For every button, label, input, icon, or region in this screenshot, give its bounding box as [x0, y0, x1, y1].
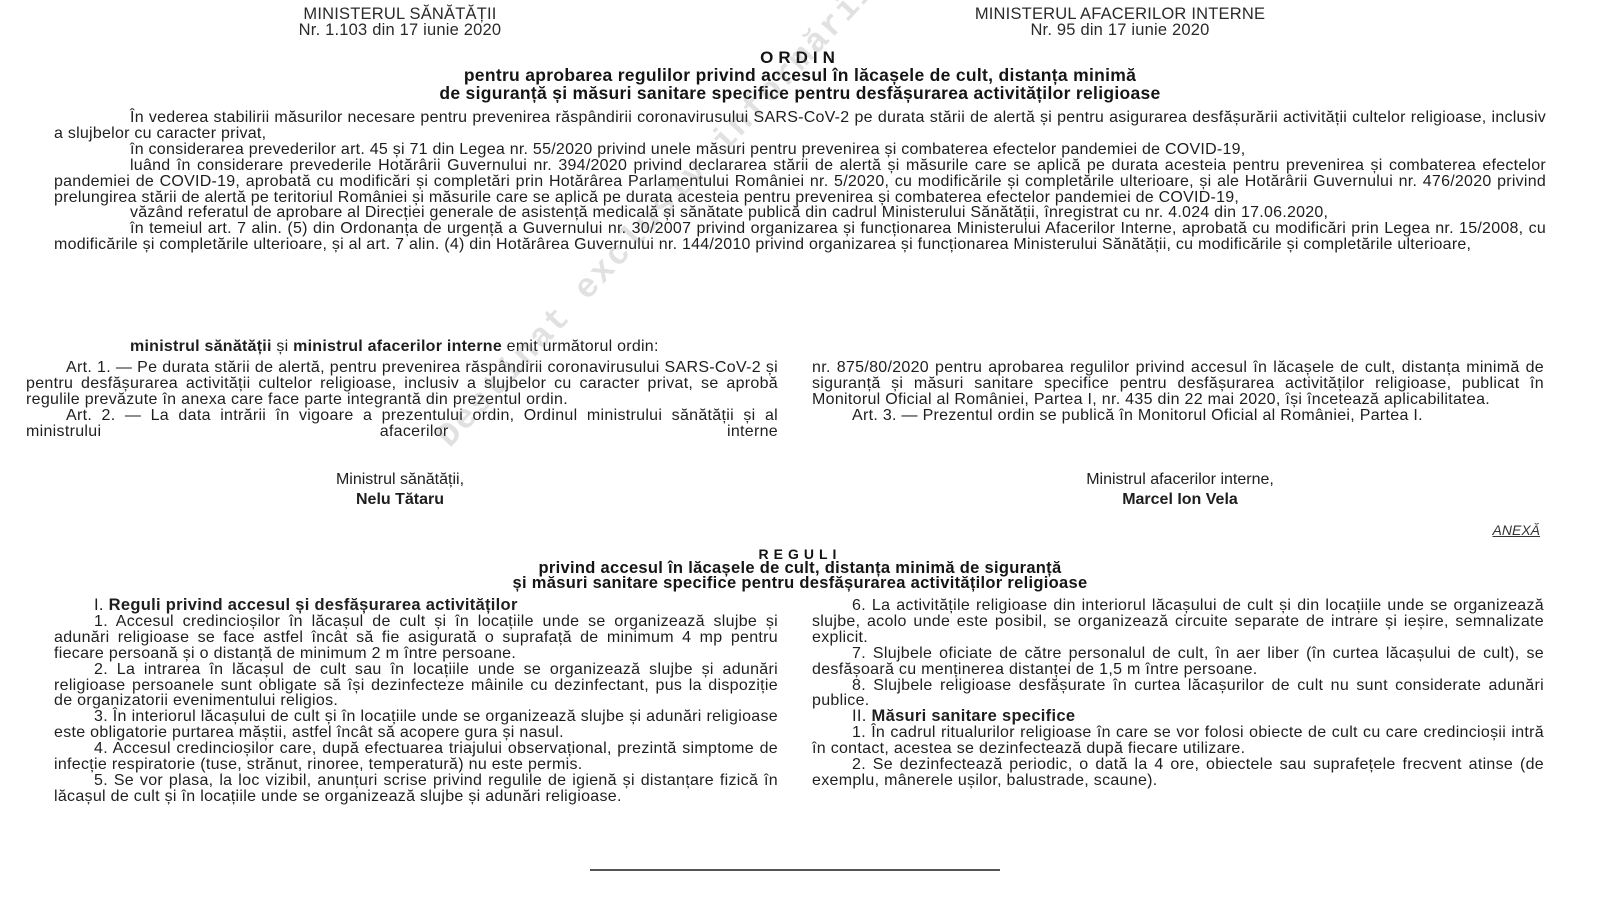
rules-right-column: 6. La activitățile religioase din interi… [812, 598, 1544, 789]
enacting-minister-1: ministrul sănătății [130, 338, 272, 355]
preamble-paragraph: În vederea stabilirii măsurilor necesare… [54, 110, 1546, 142]
rules-left-column: I. Reguli privind accesul și desfășurare… [54, 598, 778, 805]
preamble-paragraph: în considerarea prevederilor art. 45 și … [54, 142, 1546, 158]
header-left: MINISTERUL SĂNĂTĂȚII Nr. 1.103 din 17 iu… [180, 6, 620, 38]
order-subtitle: pentru aprobarea regulilor privind acces… [0, 66, 1600, 102]
rule-item: 8. Slujbele religioase desfășurate în cu… [812, 678, 1544, 710]
header-right: MINISTERUL AFACERILOR INTERNE Nr. 95 din… [880, 6, 1360, 38]
enacting-and: și [272, 338, 293, 355]
annex-subtitle: privind accesul în lăcașele de cult, dis… [0, 561, 1600, 591]
enacting-minister-2: ministrul afacerilor interne [293, 338, 502, 355]
signature-name: Marcel Ion Vela [980, 490, 1380, 510]
order-number-health: Nr. 1.103 din 17 iunie 2020 [180, 22, 620, 38]
footer-divider [590, 869, 1000, 871]
section-2-number: II. [852, 707, 872, 725]
sanitary-item: 1. În cadrul ritualurilor religioase în … [812, 725, 1544, 757]
article-2-continuation: nr. 875/80/2020 pentru aprobarea regulil… [812, 360, 1544, 408]
signature-role: Ministrul sănătății, [200, 470, 600, 490]
order-subtitle-line2: de siguranță și măsuri sanitare specific… [0, 84, 1600, 102]
article-1: Art. 1. — Pe durata stării de alertă, pe… [26, 360, 778, 408]
rule-item: 3. În interiorul lăcașului de cult și în… [54, 709, 778, 741]
rule-item: 7. Slujbele oficiate de către personalul… [812, 646, 1544, 678]
signature-interior-minister: Ministrul afacerilor interne, Marcel Ion… [980, 470, 1380, 510]
signature-role: Ministrul afacerilor interne, [980, 470, 1380, 490]
rule-item: 6. La activitățile religioase din interi… [812, 598, 1544, 646]
preamble-paragraph: luând în considerare prevederile Hotărâr… [54, 158, 1546, 206]
annex-label: ANEXĂ [1493, 522, 1540, 538]
ministry-interior: MINISTERUL AFACERILOR INTERNE [880, 6, 1360, 22]
rule-item: 1. Accesul credincioșilor în lăcașul de … [54, 614, 778, 662]
rule-item: 4. Accesul credincioșilor care, după efe… [54, 741, 778, 773]
order-number-interior: Nr. 95 din 17 iunie 2020 [880, 22, 1360, 38]
preamble-paragraph: în temeiul art. 7 alin. (5) din Ordonanț… [54, 221, 1546, 253]
rule-item: 5. Se vor plasa, la loc vizibil, anunțur… [54, 773, 778, 805]
section-1-number: I. [94, 596, 109, 614]
enacting-rest: emit următorul ordin: [502, 338, 659, 355]
articles-left-column: Art. 1. — Pe durata stării de alertă, pe… [26, 360, 778, 440]
article-2: Art. 2. — La data intrării în vigoare a … [26, 408, 778, 440]
preamble: În vederea stabilirii măsurilor necesare… [54, 110, 1546, 253]
section-2-title: Măsuri sanitare specifice [872, 707, 1076, 725]
article-3: Art. 3. — Prezentul ordin se publică în … [812, 408, 1544, 424]
signature-name: Nelu Tătaru [200, 490, 600, 510]
sanitary-item: 2. Se dezinfectează periodic, o dată la … [812, 757, 1544, 789]
rule-item: 2. La intrarea în lăcașul de cult sau în… [54, 662, 778, 710]
preamble-paragraph: văzând referatul de aprobare al Direcție… [54, 205, 1546, 221]
annex-subtitle-line2: și măsuri sanitare specifice pentru desf… [0, 576, 1600, 591]
enacting-clause: ministrul sănătății și ministrul afaceri… [130, 338, 659, 356]
signature-health-minister: Ministrul sănătății, Nelu Tătaru [200, 470, 600, 510]
order-subtitle-line1: pentru aprobarea regulilor privind acces… [0, 66, 1600, 84]
ministry-health: MINISTERUL SĂNĂTĂȚII [180, 6, 620, 22]
section-1-title: Reguli privind accesul și desfășurarea a… [109, 596, 518, 614]
section-1-heading: I. Reguli privind accesul și desfășurare… [54, 598, 778, 614]
section-2-heading: II. Măsuri sanitare specifice [812, 709, 1544, 725]
articles-right-column: nr. 875/80/2020 pentru aprobarea regulil… [812, 360, 1544, 424]
